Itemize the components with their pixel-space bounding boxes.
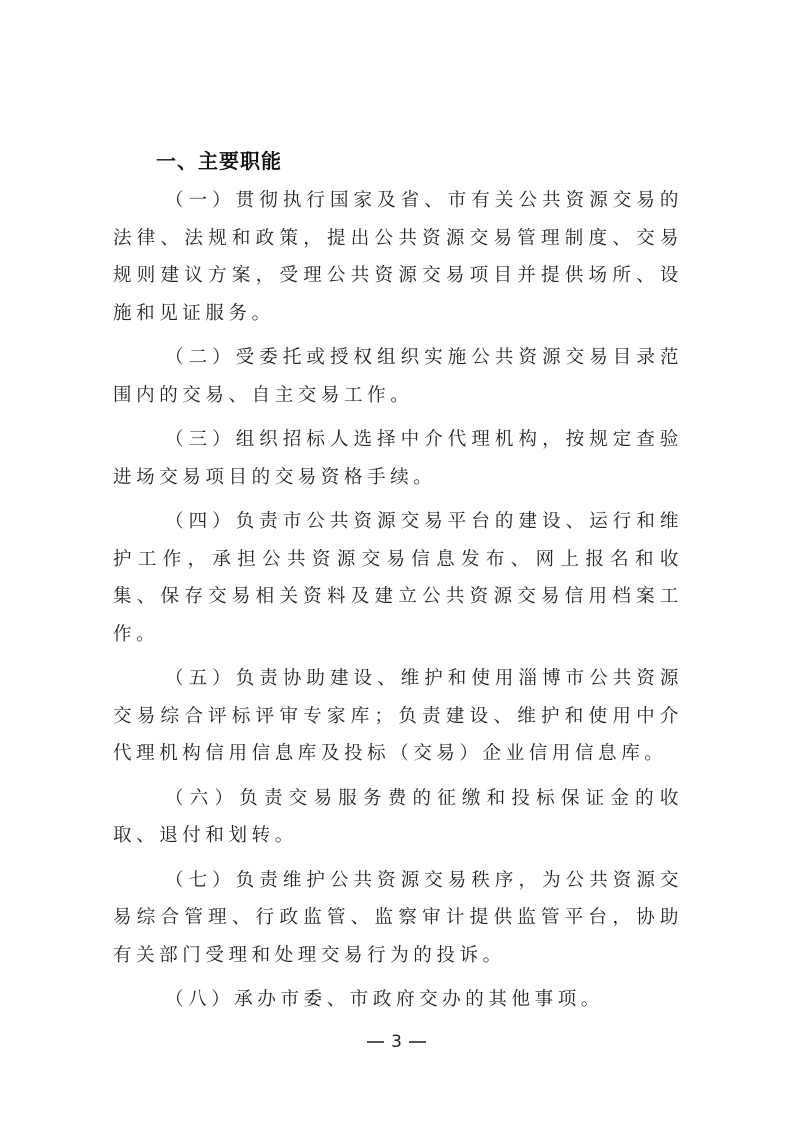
paragraph-2: （二）受委托或授权组织实施公共资源交易目录范围内的交易、自主交易工作。 [113,339,683,414]
paragraph-6: （六）负责交易服务费的征缴和投标保证金的收取、退付和划转。 [113,780,683,855]
paragraph-3: （三）组织招标人选择中介代理机构，按规定查验进场交易项目的交易资格手续。 [113,421,683,496]
paragraph-7: （七）负责维护公共资源交易秩序，为公共资源交易综合管理、行政监管、监察审计提供监… [113,862,683,975]
paragraph-4: （四）负责市公共资源交易平台的建设、运行和维护工作，承担公共资源交易信息发布、网… [113,503,683,653]
dash-right [409,1041,426,1043]
section-heading: 一、主要职能 [113,143,683,179]
paragraph-8: （八）承办市委、市政府交办的其他事项。 [113,981,683,1019]
page-footer: 3 [0,1032,793,1052]
dash-left [367,1041,384,1043]
paragraph-5: （五）负责协助建设、维护和使用淄博市公共资源交易综合评标评审专家库；负责建设、维… [113,660,683,773]
page-number: 3 [391,1032,402,1052]
paragraph-1: （一）贯彻执行国家及省、市有关公共资源交易的法律、法规和政策，提出公共资源交易管… [113,182,683,332]
document-page: 一、主要职能 （一）贯彻执行国家及省、市有关公共资源交易的法律、法规和政策，提出… [113,143,683,1026]
